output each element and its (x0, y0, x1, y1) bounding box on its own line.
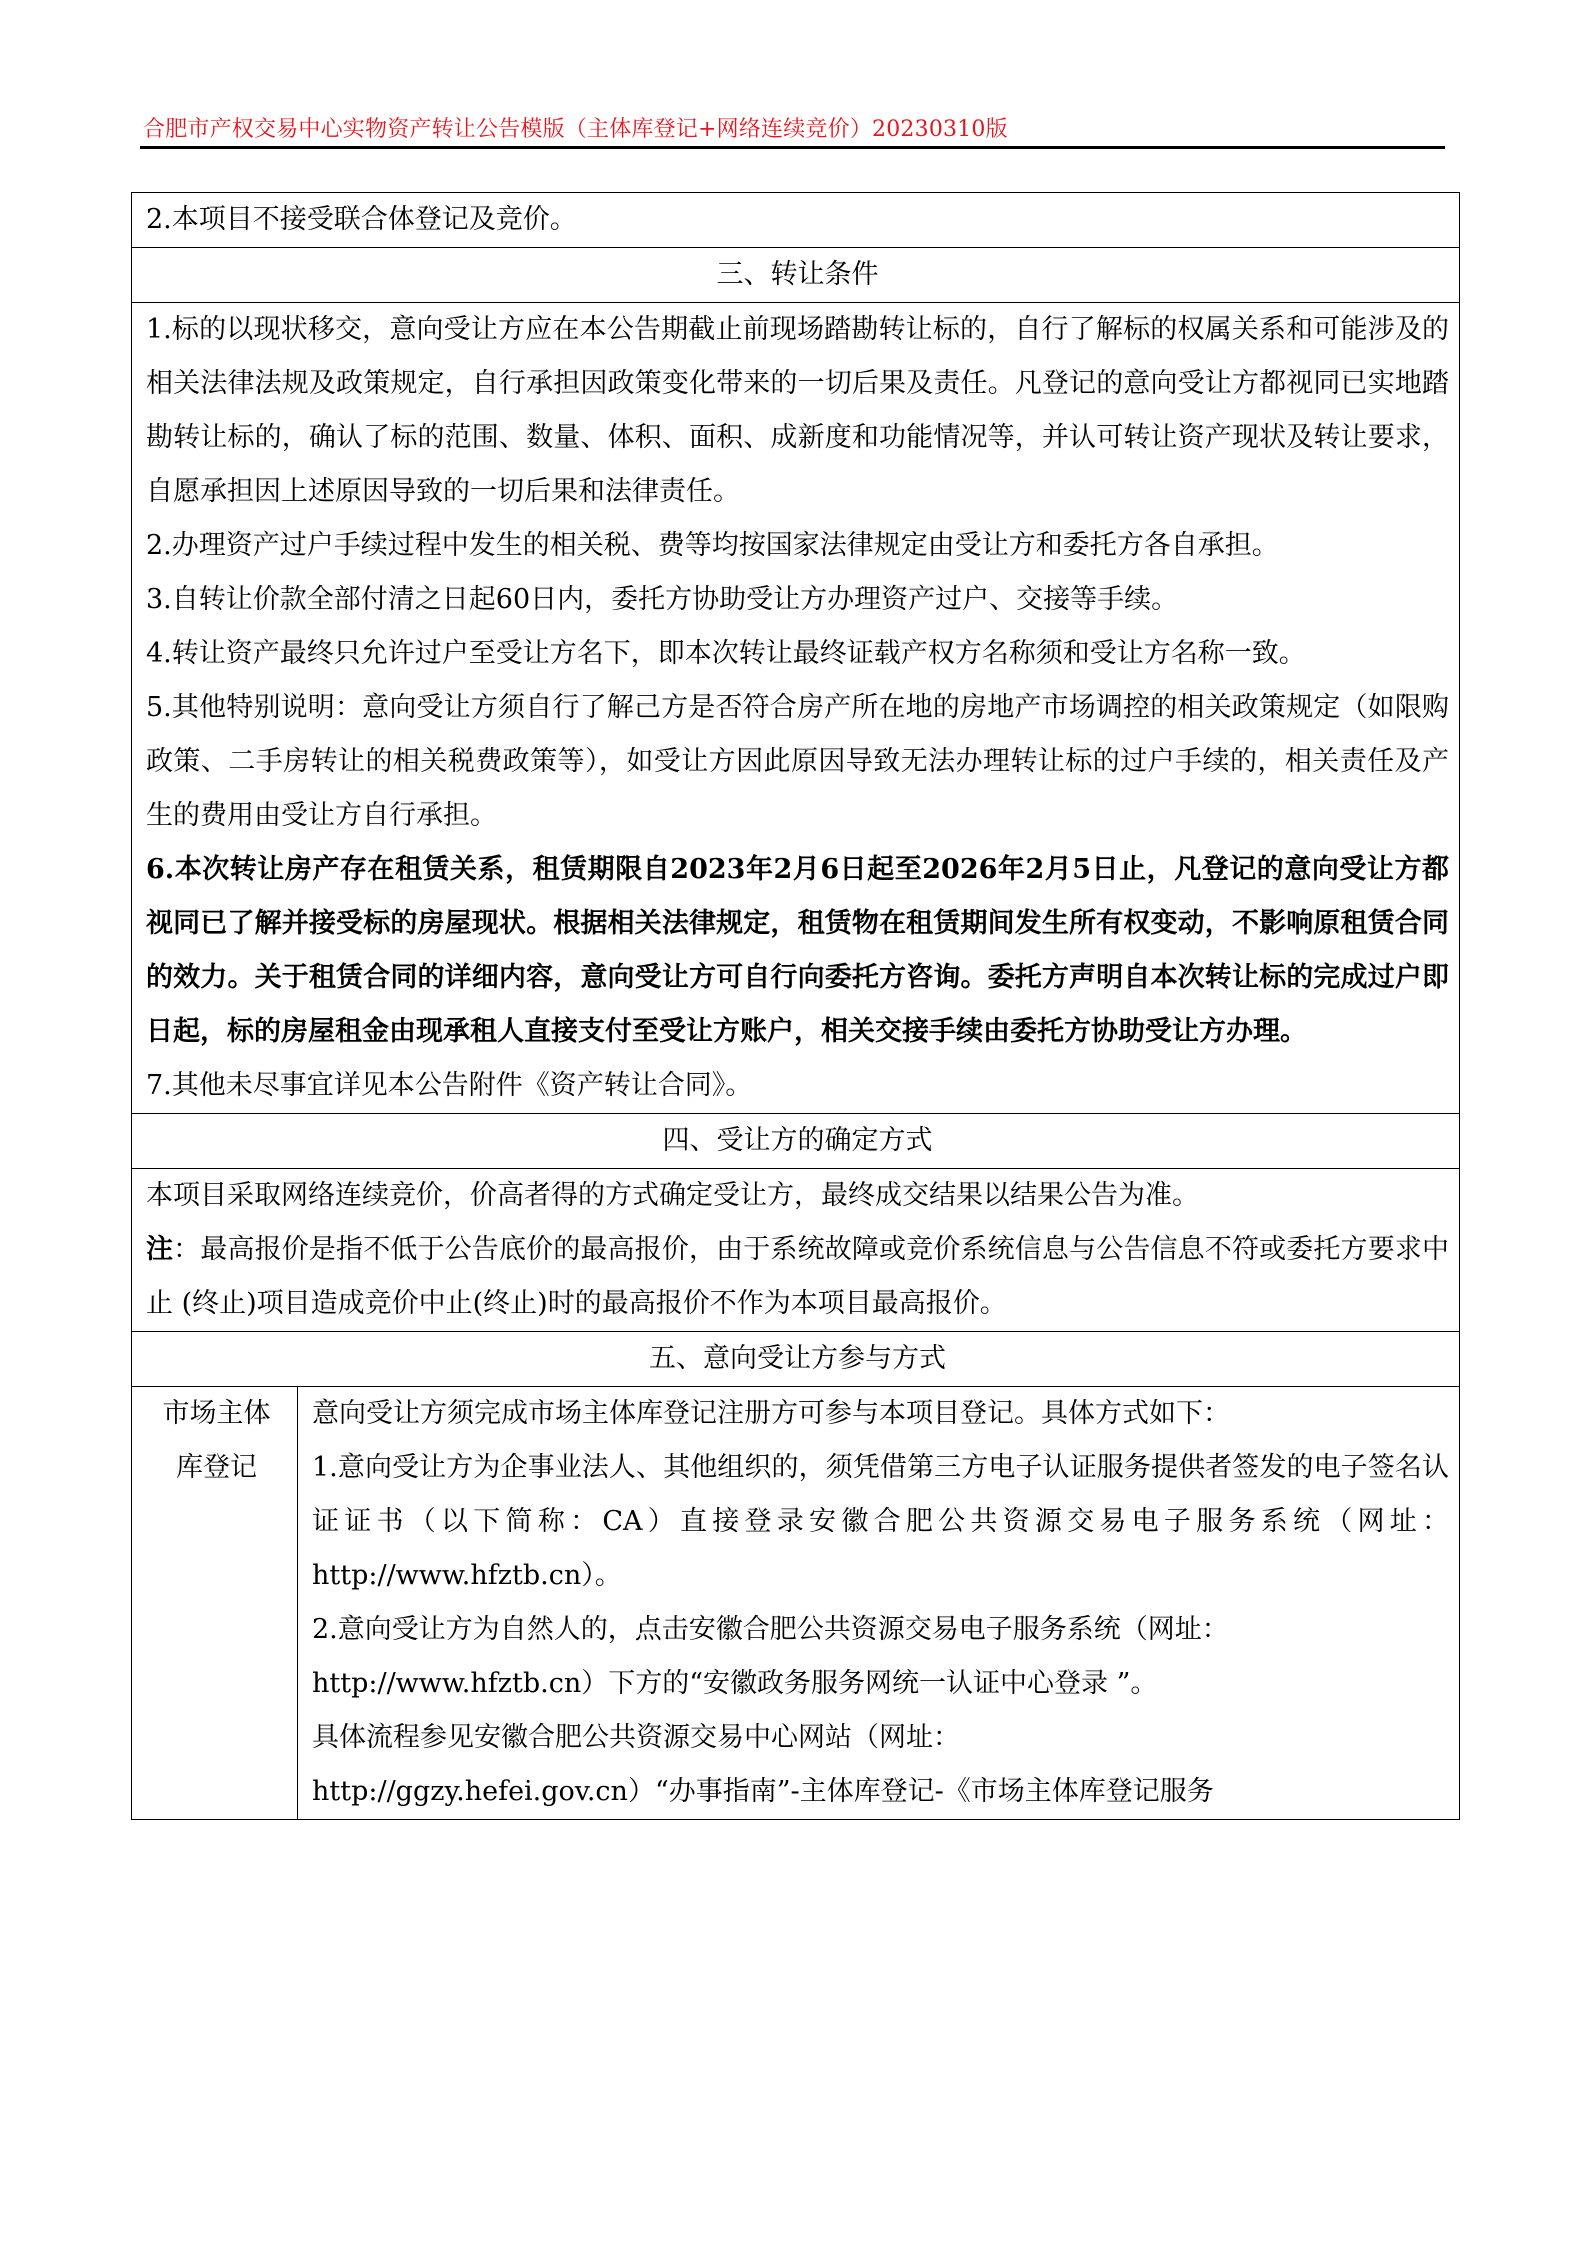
condition-item-6-lease: 6.本次转让房产存在租赁关系，租赁期限自2023年2月6日起至2026年2月5日… (146, 843, 1449, 1059)
consortium-note: 2.本项目不接受联合体登记及竞价。 (146, 193, 1449, 247)
condition-item-7: 7.其他未尽事宜详见本公告附件《资产转让合同》。 (146, 1059, 1449, 1113)
section-4-content: 本项目采取网络连续竞价，价高者得的方式确定受让方，最终成交结果以结果公告为准。 … (132, 1169, 1460, 1332)
highest-bid-note: 注：最高报价是指不低于公告底价的最高报价，由于系统故障或竞价系统信息与公告信息不… (146, 1223, 1449, 1331)
registration-content: 意向受让方须完成市场主体库登记注册方可参与本项目登记。具体方式如下： 1.意向受… (298, 1387, 1460, 1820)
registration-natural-person: 2.意向受让方为自然人的，点击安徽合肥公共资源交易电子服务系统（网址： (312, 1603, 1449, 1657)
registration-label-line-2: 库登记 (146, 1441, 287, 1495)
header-divider (140, 146, 1445, 149)
section-3-content: 1.标的以现状移交，意向受让方应在本公告期截止前现场踏勘转让标的，自行了解标的权… (132, 303, 1460, 1114)
document-header-title: 合肥市产权交易中心实物资产转让公告模版（主体库登记+网络连续竞价）2023031… (143, 112, 1008, 143)
condition-item-1: 1.标的以现状移交，意向受让方应在本公告期截止前现场踏勘转让标的，自行了解标的权… (146, 303, 1449, 519)
condition-item-4: 4.转让资产最终只允许过户至受让方名下，即本次转让最终证载产权方名称须和受让方名… (146, 627, 1449, 681)
condition-item-5: 5.其他特别说明：意向受让方须自行了解己方是否符合房产所在地的房地产市场调控的相… (146, 681, 1449, 843)
note-text: ：最高报价是指不低于公告底价的最高报价，由于系统故障或竞价系统信息与公告信息不符… (146, 1234, 1449, 1319)
announcement-table: 2.本项目不接受联合体登记及竞价。 三、转让条件 1.标的以现状移交，意向受让方… (131, 192, 1460, 1820)
section-3-title: 三、转让条件 (132, 248, 1460, 303)
registration-process-link[interactable]: http://ggzy.hefei.gov.cn）“办事指南”-主体库登记-《市… (312, 1765, 1449, 1819)
registration-legal-entity: 1.意向受让方为企事业法人、其他组织的，须凭借第三方电子认证服务提供者签发的电子… (312, 1441, 1449, 1603)
determination-method: 本项目采取网络连续竞价，价高者得的方式确定受让方，最终成交结果以结果公告为准。 (146, 1169, 1449, 1223)
section-5-title: 五、意向受让方参与方式 (132, 1332, 1460, 1387)
note-label: 注 (146, 1234, 173, 1265)
consortium-note-cell: 2.本项目不接受联合体登记及竞价。 (132, 193, 1460, 248)
registration-label-cell: 市场主体 库登记 (132, 1387, 298, 1820)
condition-item-3: 3.自转让价款全部付清之日起60日内，委托方协助受让方办理资产过户、交接等手续。 (146, 573, 1449, 627)
condition-item-2: 2.办理资产过户手续过程中发生的相关税、费等均按国家法律规定由受让方和委托方各自… (146, 519, 1449, 573)
section-4-title: 四、受让方的确定方式 (132, 1114, 1460, 1169)
registration-intro: 意向受让方须完成市场主体库登记注册方可参与本项目登记。具体方式如下： (312, 1387, 1449, 1441)
registration-label-line-1: 市场主体 (146, 1387, 287, 1441)
registration-process-ref: 具体流程参见安徽合肥公共资源交易中心网站（网址： (312, 1711, 1449, 1765)
registration-natural-person-link[interactable]: http://www.hfztb.cn）下方的“安徽政务服务网统一认证中心登录 … (312, 1657, 1449, 1711)
